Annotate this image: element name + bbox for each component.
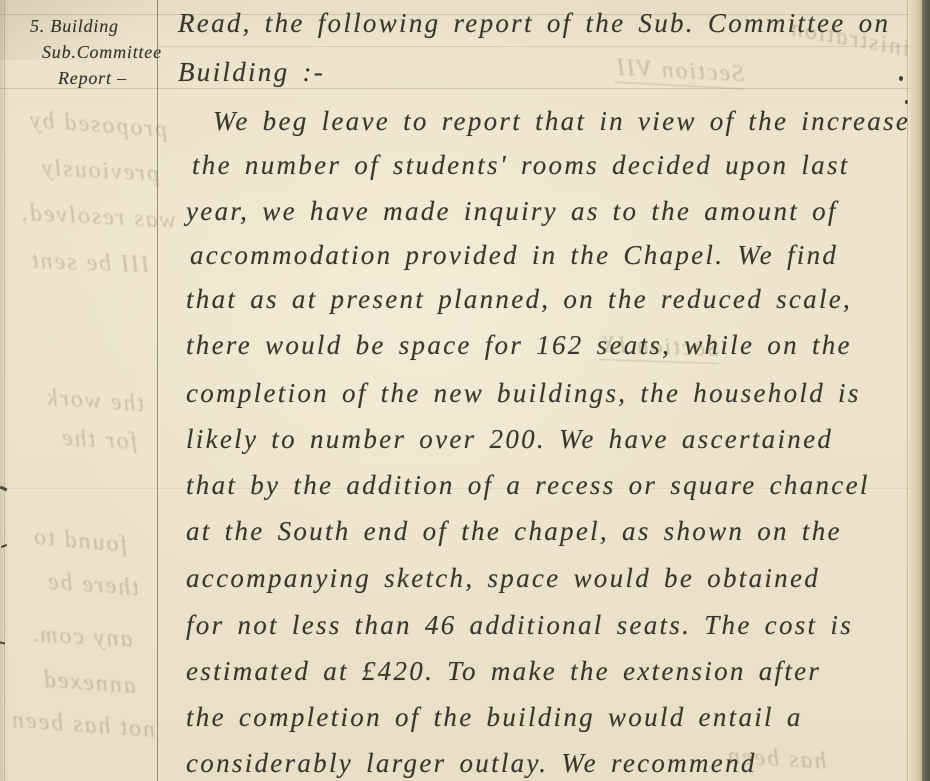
bleedthrough-fragment-13: annexed bbox=[41, 667, 137, 700]
page-edge-faint-line bbox=[907, 0, 908, 781]
bleedthrough-fragment-6: III be sent bbox=[30, 248, 150, 279]
margin-note-line-1: 5. Building bbox=[30, 16, 119, 37]
margin-note-line-3: Report – bbox=[58, 68, 127, 89]
bleedthrough-fragment-4: previously bbox=[39, 155, 159, 188]
bleedthrough-fragment-9: for the bbox=[59, 425, 138, 456]
bleedthrough-fragment-12: any com. bbox=[29, 621, 133, 653]
handwritten-line-5: year, we have made inquiry as to the amo… bbox=[186, 196, 838, 227]
margin-note-line-2: Sub.Committee bbox=[42, 42, 162, 63]
manuscript-page: 5. Building Sub.Committee Report – Admin… bbox=[0, 0, 930, 781]
page-edge-dark-band bbox=[922, 0, 930, 781]
handwritten-line-11: that by the addition of a recess or squa… bbox=[186, 470, 870, 501]
handwritten-line-16: the completion of the building would ent… bbox=[186, 702, 803, 733]
handwritten-line-15: estimated at £420. To make the extension… bbox=[186, 656, 821, 687]
bleedthrough-fragment-14: not has been bbox=[9, 707, 156, 744]
binding-edge-shadow bbox=[0, 0, 10, 781]
handwritten-line-13: accompanying sketch, space would be obta… bbox=[186, 563, 820, 594]
binding-crease-line bbox=[4, 0, 5, 781]
handwritten-line-10: likely to number over 200. We have ascer… bbox=[186, 424, 833, 455]
ruled-line-second bbox=[0, 88, 930, 89]
bleedthrough-fragment-8: the work bbox=[44, 385, 145, 419]
handwritten-line-17: considerably larger outlay. We recommend bbox=[186, 748, 757, 779]
handwritten-line-14: for not less than 46 additional seats. T… bbox=[186, 610, 853, 641]
bleedthrough-fragment-2: Section VII bbox=[614, 55, 745, 90]
bleedthrough-fragment-11: there be bbox=[45, 569, 140, 602]
ink-speck bbox=[899, 76, 903, 81]
handwritten-line-6: accommodation provided in the Chapel. We… bbox=[190, 240, 838, 271]
handwritten-line-4: the number of students' rooms decided up… bbox=[192, 150, 850, 181]
handwritten-line-8: there would be space for 162 seats, whil… bbox=[186, 330, 852, 361]
handwritten-line-1: Read, the following report of the Sub. C… bbox=[178, 8, 890, 39]
bleedthrough-fragment-5: was resolved, bbox=[19, 200, 176, 235]
bleedthrough-fragment-3: proposed by bbox=[27, 107, 168, 144]
bleedthrough-fragment-10: found to bbox=[31, 524, 128, 559]
handwritten-line-9: completion of the new buildings, the hou… bbox=[186, 378, 861, 409]
handwritten-line-3: We beg leave to report that in view of t… bbox=[213, 106, 930, 137]
handwritten-line-12: at the South end of the chapel, as shown… bbox=[186, 516, 842, 547]
handwritten-line-7: that as at present planned, on the reduc… bbox=[186, 284, 852, 315]
page-edge-tan-band bbox=[910, 0, 922, 781]
handwritten-line-2: Building :- bbox=[178, 57, 325, 88]
